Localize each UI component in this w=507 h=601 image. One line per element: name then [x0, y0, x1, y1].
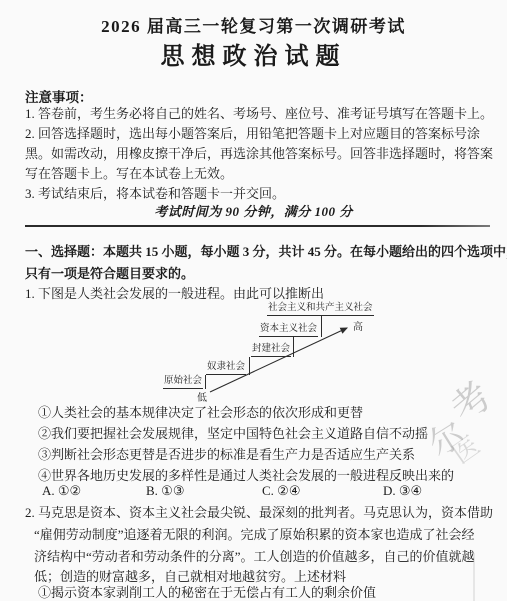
subject-title: 思想政治试题: [0, 36, 507, 71]
section-header: 一、选择题：本题共 15 小题，每小题 3 分，共计 45 分。在每小题给出的四…: [25, 243, 507, 260]
section-header: 只有一项是符合题目要求的。: [25, 265, 194, 282]
diagram-low-label: 低: [197, 389, 207, 404]
answer-choice-b: B. ①③: [146, 483, 184, 499]
question-1-option: ①人类社会的基本规律决定了社会形态的依次形成和更替: [38, 404, 363, 421]
question-2-line: 2. 马克思是资本、资本主义社会最尖锐、最深刻的批判者。马克思认为，资本借助: [25, 504, 493, 521]
diagram-riser: [249, 357, 250, 375]
section-divider: [25, 225, 490, 227]
notice-line: 1. 答卷前，考生务必将自己的姓名、考场号、座位号、准考证号填写在答题卡上。: [25, 105, 493, 122]
society-development-diagram: 原始社会 奴隶社会 封建社会 资本主义社会 社会主义和共产主义社会 低 高: [160, 303, 425, 403]
watermark-stroke: 医: [444, 426, 487, 471]
exam-paper-page: 2026 届高三一轮复习第一次调研考试 思想政治试题 注意事项： 1. 答卷前，…: [0, 0, 507, 601]
question-1-option: ④世界各地历史发展的多样性是通过人类社会发展的一般进程反映出来的: [38, 467, 454, 484]
question-1-option: ②我们要把握社会发展规律，坚定中国特色社会主义道路自信不动摇: [38, 425, 428, 442]
question-1-option: ③判断社会形态更替是否进步的标准是看生产力是否适应生产关系: [38, 446, 415, 463]
answer-choice-c: C. ②④: [262, 483, 300, 499]
notice-line: 黑。如需改动，用橡皮擦干净后，再选涂其他答案标号。回答非选择题时，将答案: [25, 145, 493, 162]
question-1-stem: 1. 下图是人类社会发展的一般进程。由此可以推断出: [25, 285, 324, 302]
diagram-stage-slave: 奴隶社会: [206, 362, 246, 375]
diagram-stage-primitive: 原始社会: [163, 376, 203, 389]
diagram-stage-feudal: 封建社会: [251, 344, 291, 357]
question-2-line: 济结构中“劳动者和劳动条件的分离”。工人创造的价值越多，自己的价值就越: [34, 548, 475, 565]
diagram-high-label: 高: [353, 318, 363, 333]
question-1-answer-row: A. ①② B. ①③ C. ②④ D. ③④: [0, 483, 507, 501]
diagram-riser: [205, 375, 206, 389]
exam-time-info: 考试时间为 90 分钟，满分 100 分: [0, 201, 507, 220]
exam-title: 2026 届高三一轮复习第一次调研考试: [0, 12, 507, 37]
watermark-stroke: 考: [437, 366, 501, 433]
notice-line: 3. 考试结束后，将本试卷和答题卡一并交回。: [25, 185, 285, 202]
notice-heading: 注意事项：: [25, 86, 93, 106]
question-2-line: 低；创造的财富越多，自己就相对地越贫穷。上述材料: [34, 568, 346, 585]
question-2-line: “雇佣劳动制度”追逐着无限的利润。完成了原始积累的资本家也造成了社会经: [34, 526, 475, 543]
scan-fold-shadow: [473, 553, 475, 601]
diagram-stage-capitalist: 资本主义社会: [259, 324, 318, 337]
diagram-stage-socialist: 社会主义和共产主义社会: [267, 303, 374, 316]
question-2-option: ①揭示资本家剥削工人的秘密在于无偿占有工人的剩余价值: [38, 584, 376, 601]
answer-choice-a: A. ①②: [42, 483, 81, 499]
notice-line: 2. 回答选择题时，选出每小题答案后，用铅笔把答题卡上对应题目的答案标号涂: [25, 125, 480, 142]
diagram-riser: [321, 316, 322, 337]
diagram-riser: [293, 337, 294, 357]
answer-choice-d: D. ③④: [383, 483, 422, 499]
notice-line: 写在答题卡上。写在本试卷上无效。: [25, 165, 233, 182]
